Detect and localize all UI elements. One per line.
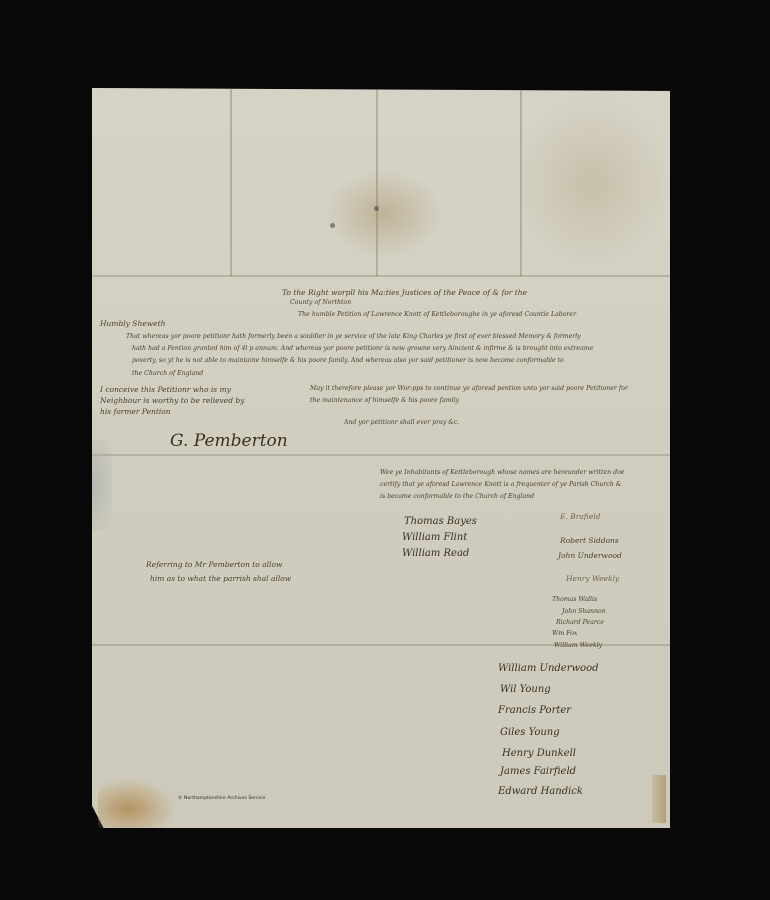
pemberton-signature: G. Pemberton [170,432,288,451]
paper-damage-stain [98,780,173,828]
ink-spot [374,206,379,211]
signatory: Henry Weekly [566,575,619,583]
signatory: Henry Dunkell [502,748,576,759]
prayer-line: May it therefore please yor Wor:pps to c… [310,386,628,393]
prayer-closing: And yor petitionr shall ever pray &c. [344,420,459,427]
petition-body-line: hath had a Pention granted him of 4l p a… [132,346,593,353]
water-stain [324,168,444,258]
petition-body-line: poverty, so yt he is not able to maintai… [132,358,564,365]
petitioner-intro: The humble Petition of Lawrence Knott of… [298,312,576,319]
order-note-line: Referring to Mr Pemberton to allow [146,561,282,569]
fold-line [92,454,670,456]
signatory: Francis Porter [498,705,571,716]
manuscript-page [92,88,670,828]
signatory: William Underwood [498,663,599,674]
signatory: Robert Siddons [560,537,619,545]
certificate-line: is become conformable to the Church of E… [380,494,534,501]
fold-line [92,275,670,277]
archive-copyright: © Northamptonshire Archives Service [178,796,265,801]
order-note-line: him as to what the parrish shal allow [150,575,291,583]
petition-body-line: That whereas yor poore petitionr hath fo… [126,334,581,341]
signatory: Thomas Bayes [404,516,477,527]
ink-spot [330,223,335,228]
signatory: Giles Young [500,727,560,738]
fold-line [230,88,232,276]
endorsement-line: Neighbour is worthy to be relieved by [100,397,244,405]
address-line: To the Right worpll his Ma:ties Justices… [282,289,527,297]
water-stain [512,98,672,268]
endorsement-line: his former Pention [100,408,171,416]
signatory: Wm Fox [552,631,577,638]
signatory: James Fairfield [500,766,576,777]
signatory: E. Brafield [560,513,600,521]
signatory: John Shannon [562,609,606,616]
signatory: Thomas Wallis [552,597,597,604]
petition-body-line: the Church of England [132,371,203,378]
signatory: John Underwood [558,552,622,560]
address-county: County of Northton [290,300,351,307]
signatory: William Flint [402,532,467,543]
signatory: Richard Pearce [556,620,604,627]
paper-damage-stain [652,775,666,823]
certificate-line: certify that ye aforesd Lawrence Knott i… [380,482,621,489]
endorsement-line: I conceive this Petitionr who is my [100,386,231,394]
prayer-line: the maintenance of himselfe & his poore … [310,398,459,405]
signatory: Wil Young [500,684,551,695]
humbly-sheweth-label: Humbly Sheweth [100,320,165,328]
signatory: Edward Handick [498,786,583,797]
signatory: William Read [402,548,469,559]
certificate-line: Wee ye Inhabitants of Kettleborough whos… [380,470,624,477]
paper-discoloration [92,440,112,530]
signatory: William Weekly [554,643,602,650]
